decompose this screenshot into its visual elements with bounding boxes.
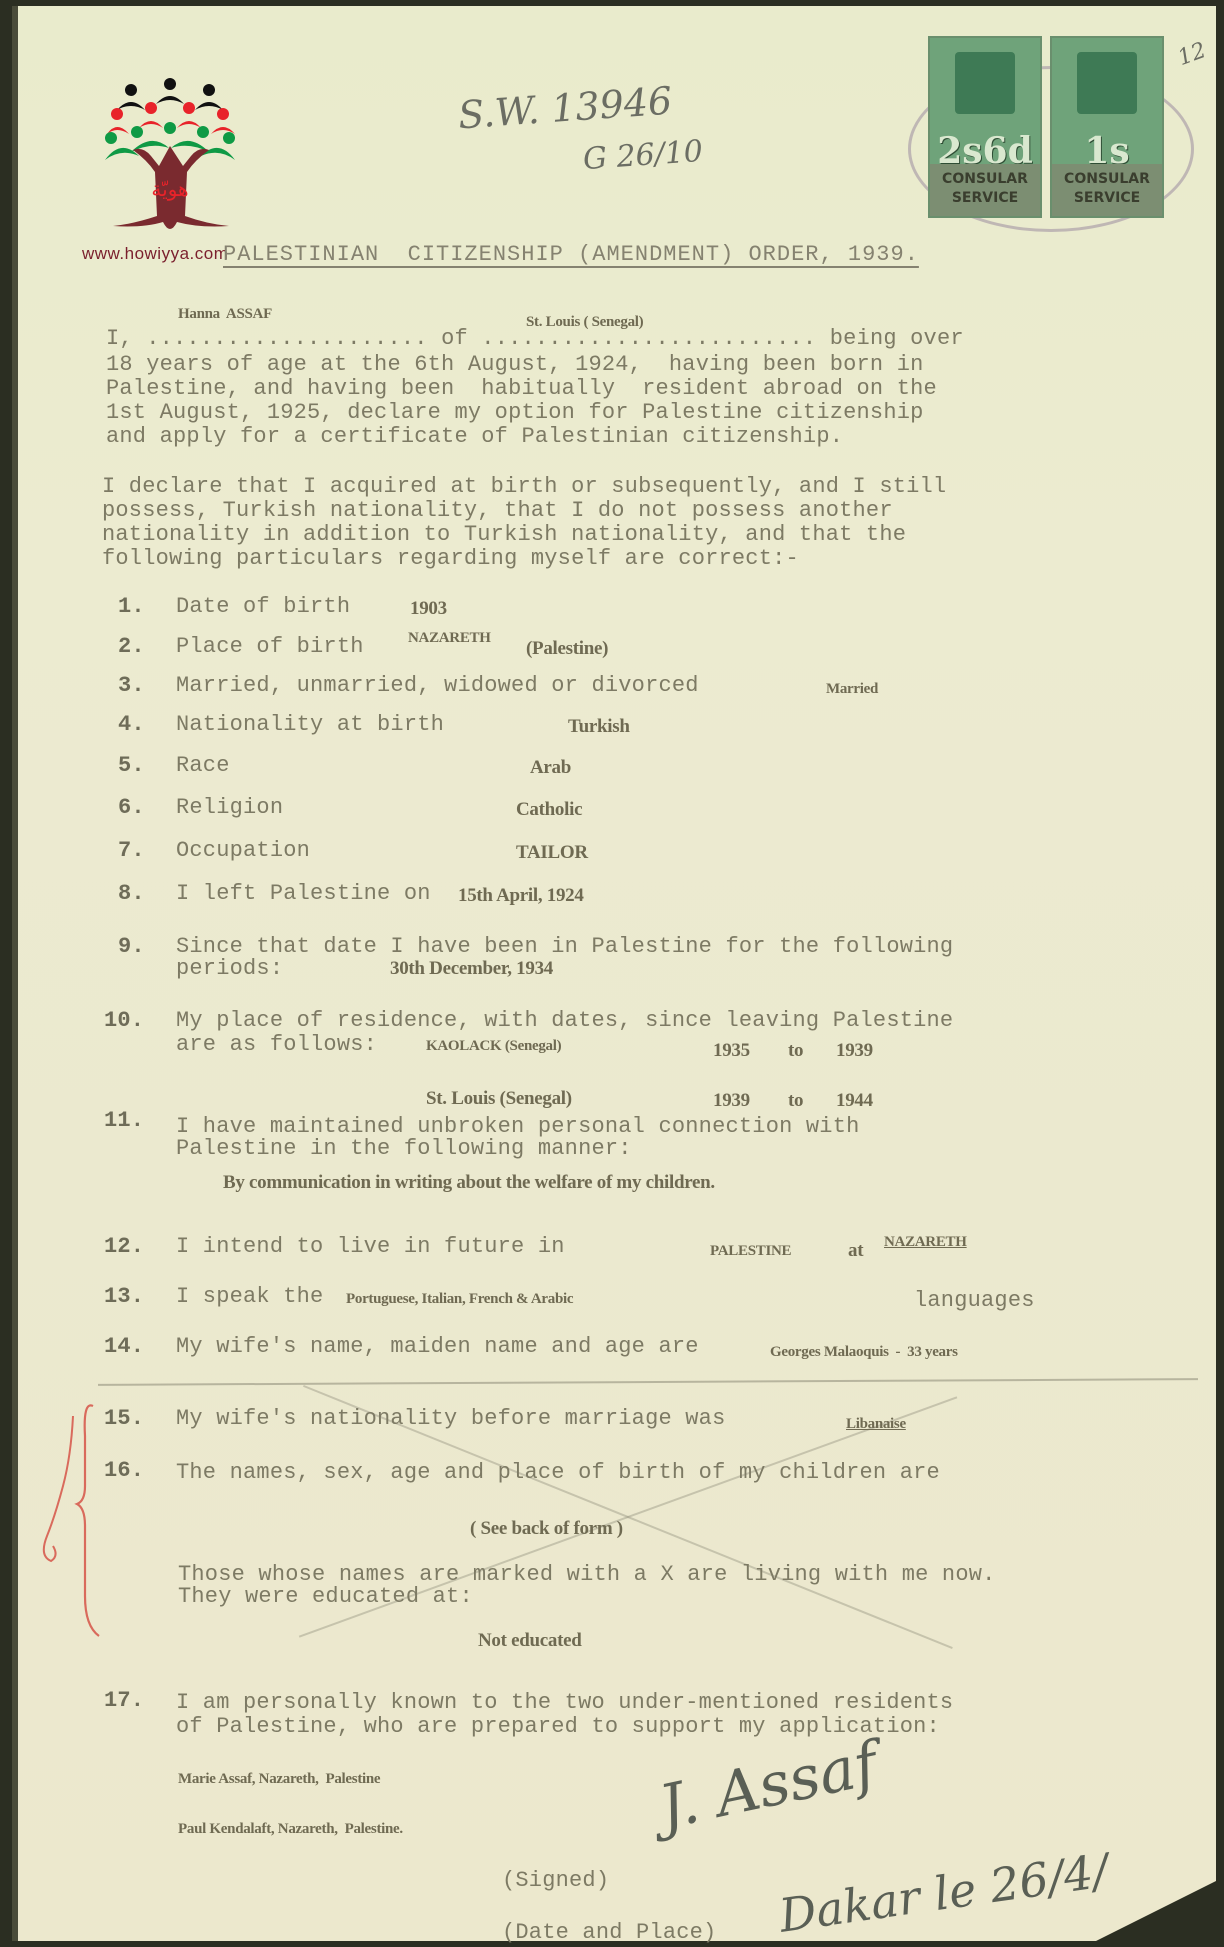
item-value: NAZARETH — [884, 1234, 967, 1251]
item-label: My wife's name, maiden name and age are — [176, 1334, 699, 1359]
item-value: Arab — [530, 757, 571, 779]
handwritten-signature: J. Assaf — [653, 1729, 883, 1843]
residence-to: 1944 — [836, 1090, 873, 1112]
declaration-line: 1st August, 1925, declare my option for … — [106, 400, 924, 425]
item-value: Turkish — [568, 716, 630, 738]
item-number: 6. — [118, 795, 145, 820]
item-label: Date of birth — [176, 594, 350, 619]
residence-from: 1939 — [713, 1090, 750, 1112]
item-label: My place of residence, with dates, since… — [176, 1008, 953, 1033]
item-value: TAILOR — [516, 842, 588, 864]
item-label: are as follows: — [176, 1032, 377, 1057]
king-portrait-icon — [955, 52, 1015, 114]
pencil-divider-line — [98, 1378, 1198, 1386]
item-number: 17. — [104, 1688, 144, 1713]
item-value: 1903 — [410, 598, 447, 620]
residence-to-word: to — [788, 1090, 803, 1112]
item-number: 1. — [118, 594, 145, 619]
item-number: 3. — [118, 673, 145, 698]
item-number: 2. — [118, 634, 145, 659]
applicant-name: Hanna ASSAF — [178, 306, 272, 323]
signed-label: (Signed) — [502, 1868, 609, 1893]
stamp-1s: 1s CONSULARSERVICE — [1050, 36, 1164, 218]
item-value: By communication in writing about the we… — [223, 1172, 715, 1194]
item-label: Married, unmarried, widowed or divorced — [176, 673, 699, 698]
item-value: Libanaise — [846, 1416, 906, 1433]
item-value: Catholic — [516, 799, 582, 821]
residence-to-word: to — [788, 1040, 803, 1062]
handwritten-reference-date: G 26/10 — [582, 134, 704, 177]
nationality-line: I declare that I acquired at birth or su… — [102, 474, 946, 499]
referee: Paul Kendalaft, Nazareth, Palestine. — [178, 1821, 403, 1838]
item-label: Occupation — [176, 838, 310, 863]
item-label: The names, sex, age and place of birth o… — [176, 1460, 940, 1485]
residence-from: 1935 — [713, 1040, 750, 1062]
item-label: Since that date I have been in Palestine… — [176, 934, 953, 959]
item-value: (Palestine) — [526, 638, 608, 660]
item-number: 8. — [118, 881, 145, 906]
nationality-line: possess, Turkish nationality, that I do … — [102, 498, 893, 523]
howiyya-logo-icon: هويّة — [103, 76, 238, 241]
item-value: Portuguese, Italian, French & Arabic — [346, 1291, 573, 1308]
item-value: NAZARETH — [408, 630, 491, 647]
declaration-line-1: I, ..................... of ............… — [106, 326, 964, 351]
item-value: PALESTINE — [710, 1243, 791, 1260]
svg-text:هويّة: هويّة — [151, 177, 188, 201]
item-label: I speak the — [176, 1284, 323, 1309]
item-number: 10. — [104, 1008, 144, 1033]
item-label: I left Palestine on — [176, 881, 431, 906]
item-value: at — [848, 1240, 863, 1262]
item-number: 13. — [104, 1284, 144, 1309]
item-label: Place of birth — [176, 634, 364, 659]
item-number: 9. — [118, 934, 145, 959]
item-number: 14. — [104, 1334, 144, 1359]
residence-to: 1939 — [836, 1040, 873, 1062]
king-portrait-icon — [1077, 52, 1137, 114]
item-label: Nationality at birth — [176, 712, 444, 737]
handwritten-date-place: Dakar le 26/4/ — [776, 1843, 1112, 1943]
stamp-label: CONSULARSERVICE — [1052, 164, 1162, 216]
item-number: 12. — [104, 1234, 144, 1259]
stamp-2s6d: 2s6d CONSULARSERVICE — [928, 36, 1042, 218]
item-number: 4. — [118, 712, 145, 737]
item-label: Religion — [176, 795, 283, 820]
item-label: My wife's nationality before marriage wa… — [176, 1406, 726, 1431]
item-value: ( See back of form ) — [470, 1518, 623, 1540]
item-number: 11. — [104, 1108, 144, 1133]
item-label: I am personally known to the two under-m… — [176, 1690, 953, 1715]
item-label: Palestine in the following manner: — [176, 1136, 632, 1161]
item-label: periods: — [176, 956, 283, 981]
declaration-line: and apply for a certificate of Palestini… — [106, 424, 843, 449]
item-value: 15th April, 1924 — [458, 885, 584, 907]
handwritten-reference-number: S.W. 13946 — [457, 79, 674, 138]
red-margin-annotation-icon — [33, 1396, 113, 1646]
nationality-line: following particulars regarding myself a… — [102, 546, 799, 571]
stamp-label: CONSULARSERVICE — [930, 164, 1040, 216]
item-number: 5. — [118, 753, 145, 778]
referee: Marie Assaf, Nazareth, Palestine — [178, 1771, 380, 1788]
consular-stamps: 2s6d CONSULARSERVICE 1s CONSULARSERVICE — [898, 36, 1208, 236]
watermark-url[interactable]: www.howiyya.com — [82, 244, 228, 264]
declaration-line: 18 years of age at the 6th August, 1924,… — [106, 352, 924, 377]
declaration-line: Palestine, and having been habitually re… — [106, 376, 937, 401]
nationality-line: nationality in addition to Turkish natio… — [102, 522, 906, 547]
item-value: Not educated — [478, 1630, 582, 1652]
item-value: Married — [826, 681, 878, 698]
item-label: I intend to live in future in — [176, 1234, 565, 1259]
document-title: PALESTINIAN CITIZENSHIP (AMENDMENT) ORDE… — [223, 242, 919, 267]
item-label: languages — [914, 1288, 1035, 1313]
item-label: of Palestine, who are prepared to suppor… — [176, 1714, 940, 1739]
date-place-label: (Date and Place) — [502, 1920, 716, 1945]
item-value: 30th December, 1934 — [390, 958, 553, 980]
residence-place: KAOLACK (Senegal) — [426, 1038, 561, 1055]
item-value: Georges Malaoquis - 33 years — [770, 1344, 958, 1361]
item-note: They were educated at: — [178, 1584, 473, 1609]
residence-place: St. Louis (Senegal) — [426, 1088, 572, 1110]
document-page: هويّة www.howiyya.com S.W. 13946 G 26/10… — [12, 6, 1216, 1941]
item-label: Race — [176, 753, 230, 778]
item-number: 7. — [118, 838, 145, 863]
